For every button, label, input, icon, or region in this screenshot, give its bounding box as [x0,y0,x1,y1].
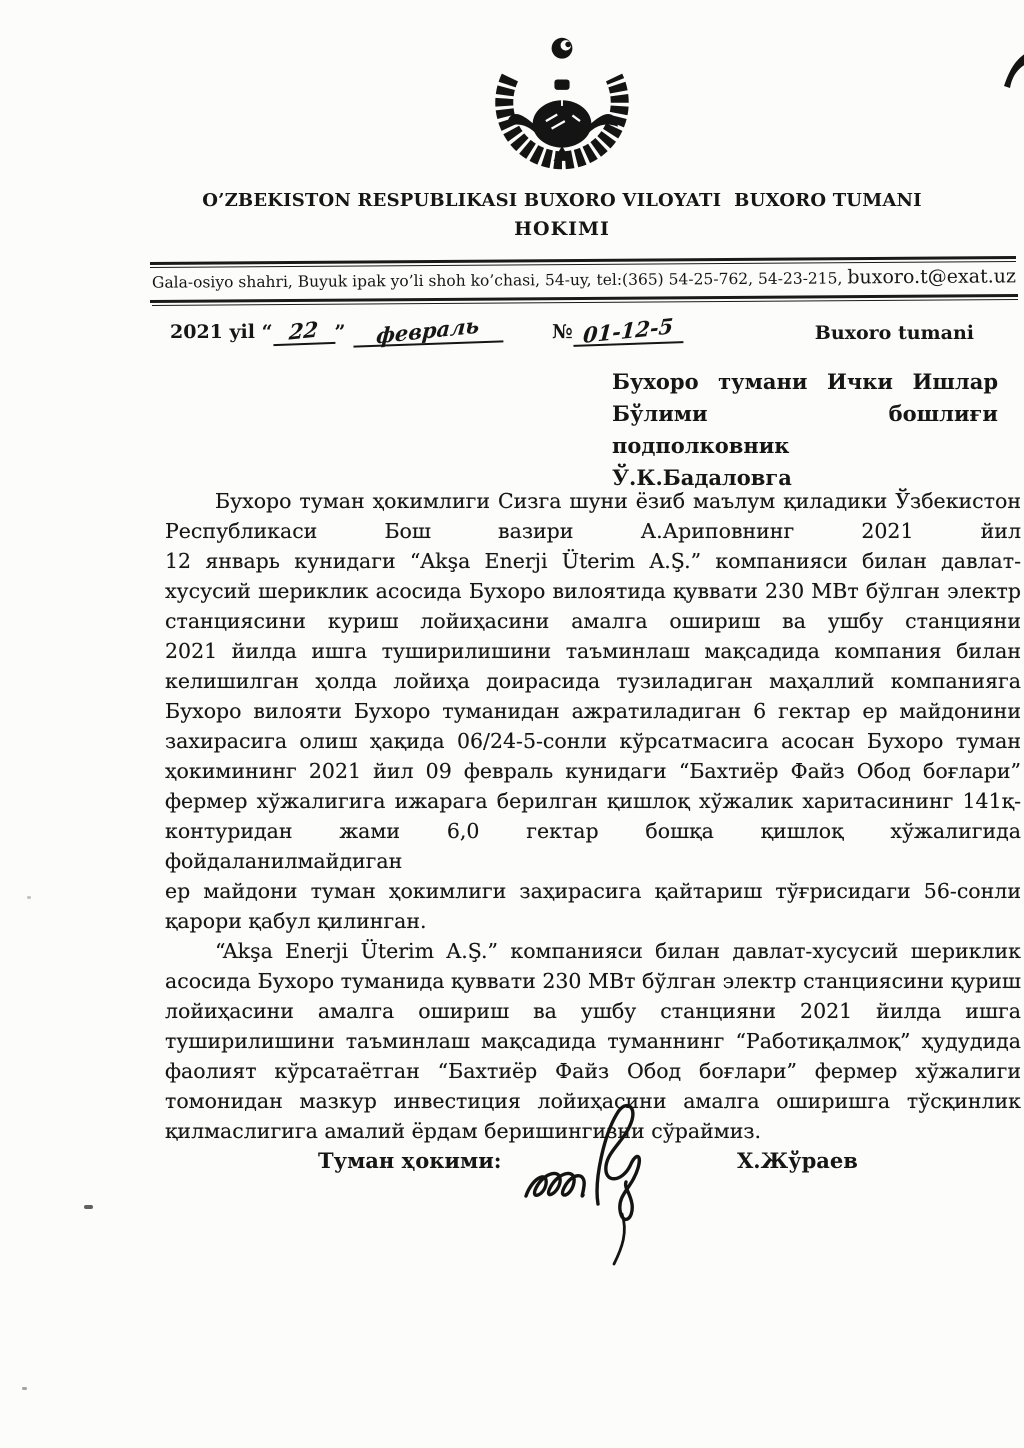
date-quote-close: ” [335,321,346,343]
scan-speck [22,1387,27,1390]
text-line: Бўлими бошлиғи подполковник [612,398,998,462]
signatory-name: Х.Жўраев [737,1148,858,1173]
text-line: 2021 йилда ишга туширилишини таъминлаш м… [165,636,1021,666]
email-text: buxoro.t@exat.uz [847,265,1016,288]
text-line: фермер хўжалигига ижарага берилган қишло… [165,786,1021,816]
text-line: қарори қабул қилинган. [165,906,1021,936]
text-line: “Akşa Enerji Üterim A.Ş.” компанияси бил… [165,936,1021,966]
place-label: Buxoro tumani [815,322,974,344]
handwritten-signature-icon [520,1096,710,1272]
text-line: келишилган ҳолда лойиҳа доирасида тузила… [165,666,1021,696]
signature-title: Туман ҳокими: [318,1148,502,1173]
address-line: Gala-osiyo shahri, Buyuk ipak yo’li shoh… [150,265,1018,292]
number-value-handwritten: 01-12-5 [572,316,683,347]
document-number-field: №01-12-5 [552,318,683,345]
organization-subtitle: HOKIMI [100,218,1024,240]
letter-body: Бухоро туман ҳокимлиги Сизга шуни ёзиб м… [165,486,1021,1146]
corner-ink-mark [1002,52,1024,92]
scanned-letter-page: O’ZBEKISTON RESPUBLIKASI BUXORO VILOYATI… [0,0,1024,1448]
text-line: ҳокимининг 2021 йил 09 февраль кунидаги … [165,756,1021,786]
text-line: Бухоро вилояти Бухоро туманидан ажратила… [165,696,1021,726]
text-line: 12 январь кунидаги “Akşa Enerji Üterim A… [165,546,1021,576]
number-label: № [552,321,573,343]
address-text: Gala-osiyo shahri, Buyuk ipak yo’li shoh… [152,269,847,291]
paragraph-1: Бухоро туман ҳокимлиги Сизга шуни ёзиб м… [165,486,1021,936]
text-line: туширилишини таъминлаш мақсадида туманни… [165,1026,1021,1056]
text-line: Республикаси Бош вазири А.Ариповнинг 202… [165,516,1021,546]
scan-speck [27,896,31,899]
text-line: ер майдони туман ҳокимлиги заҳирасига қа… [165,876,1021,906]
date-field: 2021 yil “22”февраль [170,318,503,345]
text-line: контуридан жами 6,0 гектар бошқа қишлоқ … [165,816,1021,876]
uzbekistan-state-emblem-icon [100,34,1024,180]
text-line: хусусий шериклик асосида Бухоро вилоятид… [165,576,1021,606]
text-line: асосида Бухоро туманида қуввати 230 МВт … [165,966,1021,996]
letter-meta-row: 2021 yil “22”февраль №01-12-5 Buxoro tum… [0,310,1024,360]
scan-speck [84,1205,93,1209]
date-month-handwritten: февраль [353,315,504,347]
text-line: Бухоро тумани Ички Ишлар [612,366,998,398]
organization-title: O’ZBEKISTON RESPUBLIKASI BUXORO VILOYATI… [100,190,1024,211]
text-line: станциясини куриш лойиҳасини амалга ошир… [165,606,1021,636]
text-line: лойиҳасини амалга ошириш ва ушбу станция… [165,996,1021,1026]
text-line: фаолият кўрсатаётган “Бахтиёр Файз Обод … [165,1056,1021,1086]
date-day-handwritten: 22 [272,317,335,346]
text-line: захирасига олиш ҳақида 06/24-5-сонли кўр… [165,726,1021,756]
text-line: Бухоро туман ҳокимлиги Сизга шуни ёзиб м… [165,486,1021,516]
recipient-block: Бухоро тумани Ички ИшларБўлими бошлиғи п… [612,366,998,494]
date-prefix: 2021 yil “ [170,321,273,343]
